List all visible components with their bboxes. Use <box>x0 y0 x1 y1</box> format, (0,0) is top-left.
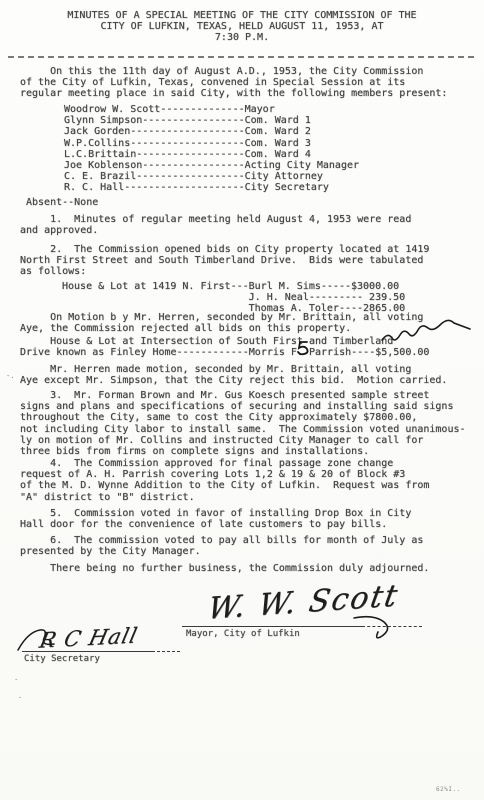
document-title: MINUTES OF A SPECIAL MEETING OF THE CITY… <box>0 10 484 44</box>
mayor-signature-line <box>182 626 362 627</box>
item-2-paragraph: 2. The Commission opened bids on City pr… <box>20 244 429 278</box>
bid-tabulation: House & Lot at 1419 N. First---Burl M. S… <box>62 281 405 315</box>
scan-noise-speck: -. <box>6 372 14 380</box>
house-lot-intersection-paragraph: House & Lot at Intersection of South Fir… <box>20 336 429 358</box>
item-1-paragraph: 1. Minutes of regular meeting held Augus… <box>20 214 411 236</box>
absent-line: Absent--None <box>26 197 98 208</box>
item-4-paragraph: 4. The Commission approved for final pas… <box>20 458 429 503</box>
scan-noise-speck-3: . <box>18 692 22 700</box>
motion-2-paragraph: Mr. Herren made motion, seconded by Mr. … <box>20 364 447 386</box>
secretary-signature-line-tail <box>152 651 180 652</box>
secretary-signature-line <box>22 651 152 652</box>
adjournment-line: There being no further business, the Com… <box>20 563 429 574</box>
handwritten-price-correction <box>296 340 312 356</box>
mayor-signature-line-tail <box>362 626 422 627</box>
mayor-typed-label: Mayor, City of Lufkin <box>186 629 300 640</box>
dashed-separator <box>8 56 474 58</box>
scan-noise-speck-2: · <box>14 676 18 684</box>
item-3-paragraph: 3. Mr. Forman Brown and Mr. Gus Koesch p… <box>20 390 466 457</box>
motion-1-paragraph: On Motion b y Mr. Herren, seconded by Mr… <box>20 312 423 334</box>
corner-faint-mark: 62%I.. <box>436 786 461 793</box>
members-roster: Woodrow W. Scott--------------Mayor Glyn… <box>64 104 359 194</box>
item-6-paragraph: 6. The commission voted to pay all bills… <box>20 535 423 557</box>
opening-paragraph: On this the 11th day of August A.D., 195… <box>20 66 447 100</box>
signature-flourish <box>352 600 398 640</box>
secretary-typed-label: City Secretary <box>24 654 100 665</box>
item-5-paragraph: 5. Commission voted in favor of installi… <box>20 508 411 530</box>
scanned-minutes-page: MINUTES OF A SPECIAL MEETING OF THE CITY… <box>0 0 484 800</box>
handwritten-annotation-scribble <box>380 322 470 346</box>
